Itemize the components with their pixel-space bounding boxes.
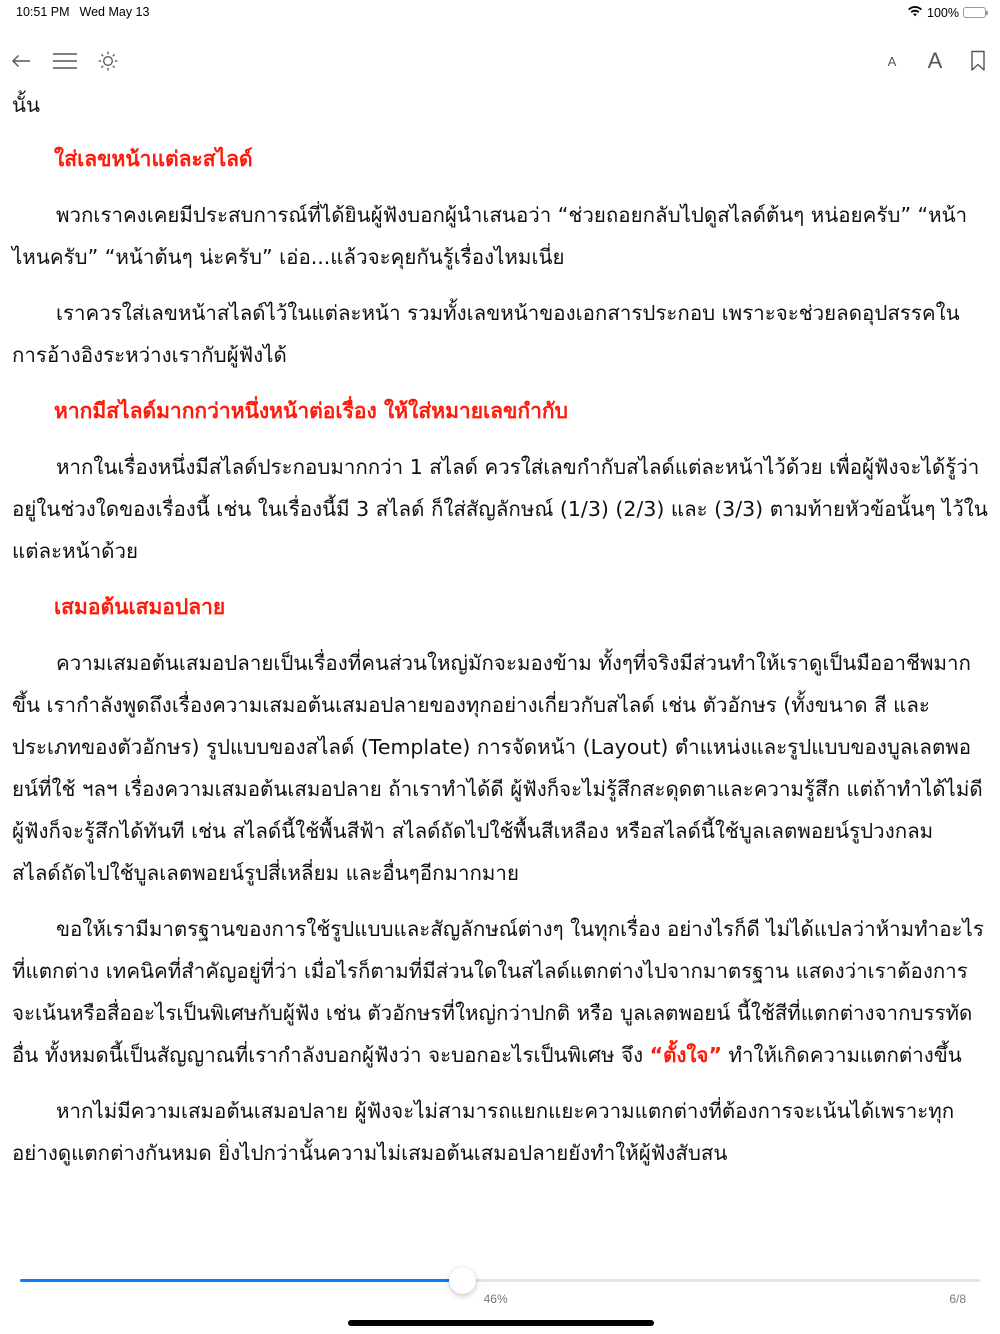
reader-toolbar: A A: [0, 44, 1000, 78]
bookmark-button[interactable]: [966, 44, 990, 78]
hamburger-menu-icon: [52, 52, 78, 70]
progress-slider-track[interactable]: [20, 1279, 980, 1282]
reading-progress: 46% 6/8: [0, 1262, 1000, 1312]
table-of-contents-button[interactable]: [50, 44, 80, 78]
home-indicator[interactable]: [348, 1320, 654, 1326]
status-right: 100%: [907, 5, 986, 20]
status-date: Wed May 13: [80, 5, 150, 19]
reader-content: นั้น ใส่เลขหน้าแต่ละสไลด์ พวกเราคงเคยมีป…: [12, 84, 988, 1188]
paragraph-text: ทำให้เกิดความแตกต่างขึ้น: [722, 1043, 962, 1067]
decrease-font-button[interactable]: A: [882, 44, 902, 78]
section-heading: ใส่เลขหน้าแต่ละสไลด์: [12, 138, 988, 180]
section-heading: เสมอต้นเสมอปลาย: [12, 586, 988, 628]
status-bar: 10:51 PM Wed May 13 100%: [0, 0, 1000, 26]
section-heading: หากมีสไลด์มากกว่าหนึ่งหน้าต่อเรื่อง ให้ใ…: [12, 390, 988, 432]
paragraph: หากในเรื่องหนึ่งมีสไลด์ประกอบมากกว่า 1 ส…: [12, 446, 988, 572]
increase-font-button[interactable]: A: [922, 44, 948, 78]
battery-icon: [963, 7, 986, 18]
lead-fragment: นั้น: [12, 84, 988, 126]
progress-slider-thumb[interactable]: [449, 1267, 476, 1294]
paragraph: พวกเราคงเคยมีประสบการณ์ที่ได้ยินผู้ฟังบอ…: [12, 194, 988, 278]
page-indicator: 6/8: [949, 1292, 966, 1306]
back-button[interactable]: [8, 44, 34, 78]
status-time: 10:51 PM: [16, 5, 70, 19]
brightness-button[interactable]: [95, 44, 121, 78]
bookmark-icon: [970, 50, 986, 72]
progress-slider-fill: [20, 1279, 462, 1282]
sun-icon: [97, 50, 119, 72]
paragraph: ความเสมอต้นเสมอปลายเป็นเรื่องที่คนส่วนให…: [12, 642, 988, 894]
battery-percent: 100%: [927, 6, 959, 20]
paragraph: หากไม่มีความเสมอต้นเสมอปลาย ผู้ฟังจะไม่ส…: [12, 1090, 988, 1174]
wifi-icon: [907, 5, 923, 20]
paragraph: เราควรใส่เลขหน้าสไลด์ไว้ในแต่ละหน้า รวมท…: [12, 292, 988, 376]
arrow-left-icon: [11, 54, 31, 68]
emphasis-text: “ตั้งใจ”: [650, 1043, 722, 1067]
status-left: 10:51 PM Wed May 13: [16, 5, 149, 19]
progress-percent: 46%: [484, 1292, 508, 1306]
paragraph-with-emphasis: ขอให้เรามีมาตรฐานของการใช้รูปแบบและสัญลั…: [12, 908, 988, 1076]
